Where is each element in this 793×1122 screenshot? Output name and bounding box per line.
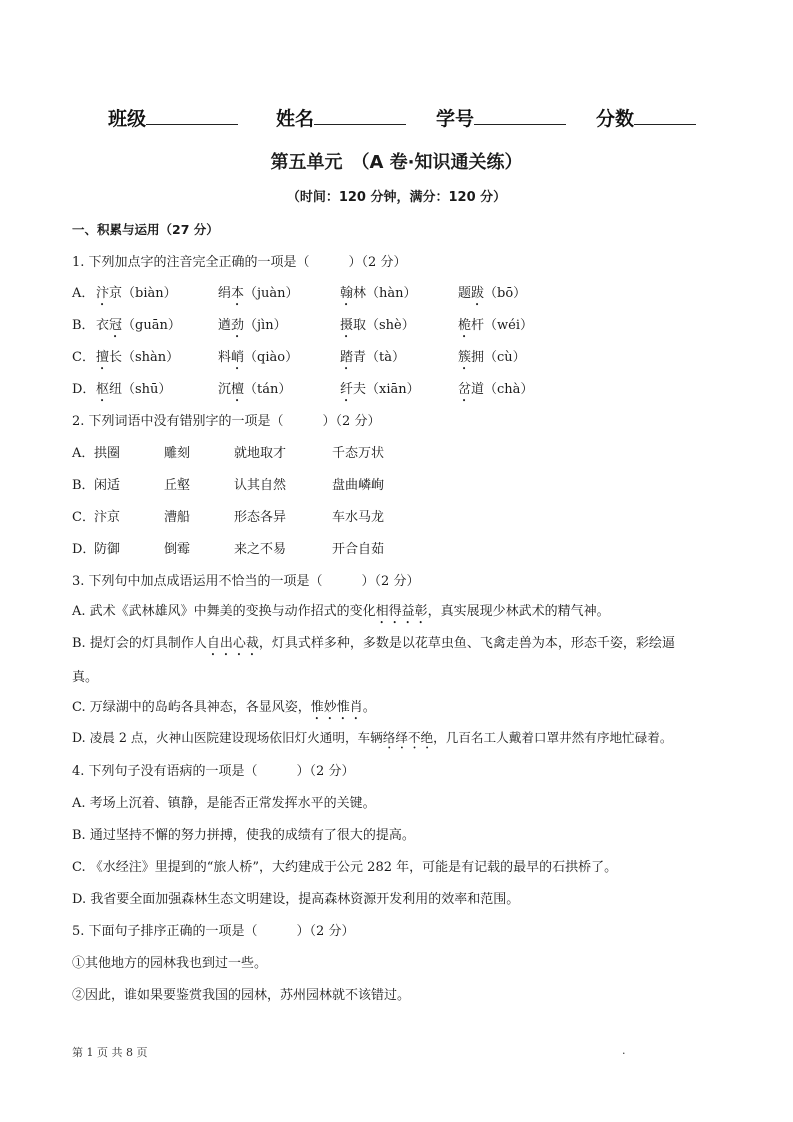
student-id-field: 学号 <box>436 104 566 131</box>
q3-option-d: D. 凌晨 2 点，火神山医院建设现场依旧灯火通明，车辆络绎不绝，几百名工人戴着… <box>72 727 672 752</box>
q1-option-b: B． 衣冠（guān） 遒劲（jìn） 摄取（shè） 桅杆（wéi） <box>72 314 752 334</box>
q4-option-c: C. 《水经注》里提到的“旅人桥”，大约建成于公元 282 年，可能是有记载的最… <box>72 856 617 875</box>
student-id-label: 学号 <box>436 108 474 130</box>
class-field: 班级 <box>108 104 238 131</box>
q4-option-b: B. 通过坚持不懈的努力拼搏，使我的成绩有了很大的提高。 <box>72 824 415 843</box>
option-item: 衣冠（guān） <box>96 314 181 341</box>
page-title: 第五单元 （A 卷·知识通关练） <box>0 148 793 174</box>
q2-stem: 2. 下列词语中没有错别字的一项是（ ）（2 分） <box>72 410 380 429</box>
q2-option-d: D． 防御 倒霉 来之不易 开合自茹 <box>72 538 752 558</box>
option-item: 汴京（biàn） <box>96 282 177 309</box>
option-item: 料峭（qiào） <box>218 346 298 373</box>
option-item: 摄取（shè） <box>340 314 415 341</box>
section-heading: 一、积累与运用（27 分） <box>72 220 219 238</box>
q3-option-b-continued: 真。 <box>72 666 98 685</box>
option-item: 岔道（chà） <box>458 378 533 405</box>
q5-stem: 5. 下面句子排序正确的一项是（ ）（2 分） <box>72 920 354 939</box>
option-item: 题跋（bō） <box>458 282 526 309</box>
q4-option-d: D. 我省要全面加强森林生态文明建设，提高森林资源开发利用的效率和范围。 <box>72 888 519 907</box>
q2-option-c: C． 汴京 漕船 形态各异 车水马龙 <box>72 506 752 526</box>
option-letter: D． <box>72 378 95 397</box>
option-letter: C． <box>72 346 95 365</box>
class-label: 班级 <box>108 108 146 130</box>
option-item: 桅杆（wéi） <box>458 314 533 341</box>
name-blank[interactable] <box>314 106 406 125</box>
q3-option-b: B. 提灯会的灯具制作人自出心裁，灯具式样多种，多数是以花草虫鱼、飞禽走兽为本，… <box>72 632 675 659</box>
option-item: 翰林（hàn） <box>340 282 417 309</box>
option-letter: A． <box>72 282 94 301</box>
q2-option-a: A． 拱圈 雕刻 就地取才 千态万状 <box>72 442 752 462</box>
option-item: 纤夫（xiān） <box>340 378 420 405</box>
score-label: 分数 <box>596 108 634 130</box>
q1-option-c: C． 擅长（shàn） 料峭（qiào） 踏青（tà） 簇拥（cù） <box>72 346 752 366</box>
option-item: 擅长（shàn） <box>96 346 179 373</box>
q3-option-c: C. 万绿湖中的岛屿各具神态，各显风姿，惟妙惟肖。 <box>72 696 376 723</box>
option-item: 簇拥（cù） <box>458 346 526 373</box>
q1-stem: 1. 下列加点字的注音完全正确的一项是（ ）（2 分） <box>72 251 406 270</box>
q5-sentence-1: ①其他地方的园林我也到过一些。 <box>72 952 267 971</box>
option-item: 绢本（juàn） <box>218 282 299 309</box>
q3-stem: 3. 下列句中加点成语运用不恰当的一项是（ ）（2 分） <box>72 570 419 589</box>
page-number: 第 1 页 共 8 页 <box>72 1044 147 1060</box>
footer-mark: . <box>622 1044 626 1057</box>
score-field: 分数 <box>596 104 696 131</box>
option-item: 踏青（tà） <box>340 346 405 373</box>
option-item: 沉檀（tán） <box>218 378 291 405</box>
page-subtitle: （时间：120 分钟，满分：120 分） <box>0 186 793 205</box>
q5-sentence-2: ②因此，谁如果要鉴赏我国的园林，苏州园林就不该错过。 <box>72 984 410 1003</box>
class-blank[interactable] <box>146 106 238 125</box>
q4-stem: 4. 下列句子没有语病的一项是（ ）（2 分） <box>72 760 354 779</box>
name-field: 姓名 <box>276 104 406 131</box>
option-item: 遒劲（jìn） <box>218 314 287 341</box>
q1-option-d: D． 枢纽（shū） 沉檀（tán） 纤夫（xiān） 岔道（chà） <box>72 378 752 398</box>
q2-option-b: B． 闲适 丘壑 认其自然 盘曲嶙峋 <box>72 474 752 494</box>
option-item: 枢纽（shū） <box>96 378 171 405</box>
q3-option-a: A. 武术《武林雄风》中舞美的变换与动作招式的变化相得益彰，真实展现少林武术的精… <box>72 600 610 627</box>
option-letter: B． <box>72 314 95 333</box>
name-label: 姓名 <box>276 108 314 130</box>
student-id-blank[interactable] <box>474 106 566 125</box>
score-blank[interactable] <box>634 106 696 125</box>
q1-option-a: A． 汴京（biàn） 绢本（juàn） 翰林（hàn） 题跋（bō） <box>72 282 752 302</box>
q4-option-a: A. 考场上沉着、镇静，是能否正常发挥水平的关键。 <box>72 792 376 811</box>
